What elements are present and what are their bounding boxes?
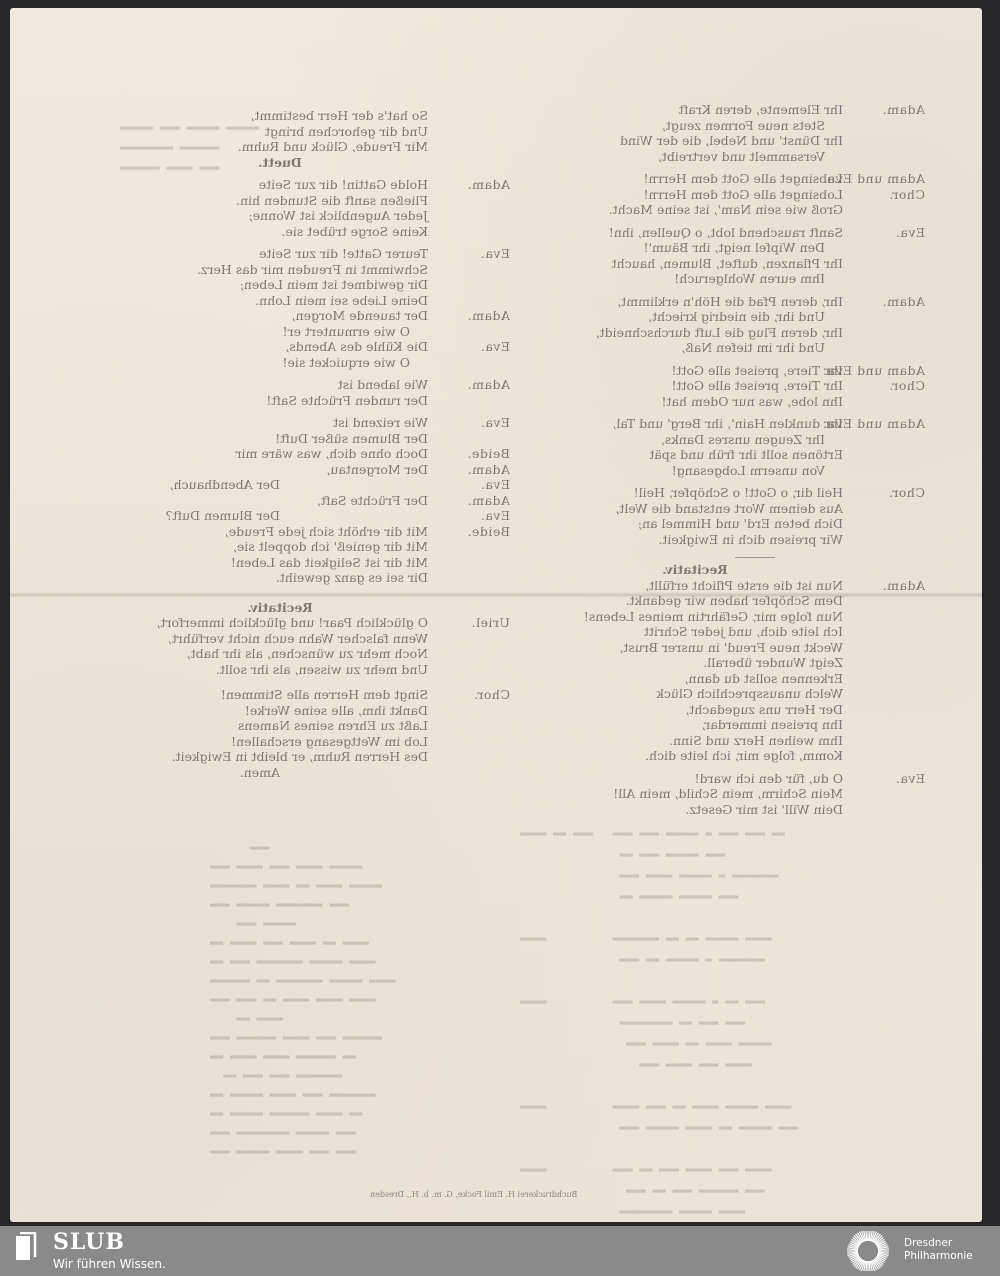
libretto-line: Ihn preisen immerdar, — [525, 717, 925, 733]
libretto-line: Ihm weihen Herz und Sinn. — [525, 733, 925, 749]
verse-text: Wir preisen dich in Ewigkeit. — [658, 532, 843, 548]
verse-text: Mir Freude, Glück und Ruhm. — [238, 139, 428, 155]
libretto-line: Der Herr uns zugedacht, — [525, 702, 925, 718]
libretto-line: Chor.Ihr Tiere, preiset alle Gott! — [525, 378, 925, 394]
verse-text: Keine Sorge trübet sie. — [282, 224, 428, 240]
verse-text: O wie erquicket sie! — [282, 355, 410, 371]
verse-text: Wie reizend ist — [333, 415, 428, 431]
verse-text: Und ihr im tiefen Naß, — [681, 340, 825, 356]
libretto-line: Mir Freude, Glück und Ruhm. — [110, 139, 510, 155]
speaker-name: Chor. — [889, 485, 925, 501]
libretto-line: Eva.O du, für den ich ward! — [525, 771, 925, 787]
libretto-line: Adam.Der tauende Morgen, — [110, 308, 510, 324]
verse-text: Aus deinem Wort entstand die Welt, — [615, 501, 843, 517]
verse-text: Teurer Gatte! dir zur Seite — [259, 246, 428, 262]
verse-text: Lob im Wettgesang erschallen! — [231, 734, 428, 750]
libretto-line: Adam und Eva.Ihr dunklen Hain', ihr Berg… — [525, 416, 925, 432]
verse-text: Groß wie sein Nam', ist seine Macht. — [609, 202, 843, 218]
libretto-line: Adam.Ihr, deren Pfad die Höh'n erklimmt, — [525, 294, 925, 310]
libretto-line: Des Herren Ruhm, er bleibt in Ewigkeit. — [110, 749, 510, 765]
libretto-line: Chor.Singt dem Herren alle Stimmen! — [110, 687, 510, 703]
speaker-name: Eva. — [480, 477, 510, 493]
verse-text: Wie labend ist — [338, 377, 428, 393]
speaker-name: Beide. — [467, 446, 510, 462]
verse-text: Von unserm Lobgesang! — [672, 463, 825, 479]
libretto-line: Beide.Mit dir erhöht sich jede Freude, — [110, 524, 510, 540]
verse-text: Stets neue Formen zeugt, — [662, 118, 825, 134]
verse-text: Jeder Augenblick ist Wonne; — [249, 208, 428, 224]
scanned-page: ▬▬▬▬▬ ▬▬▬ ▬▬▬▬▬ ▬▬▬▬▬▬▬▬▬▬▬▬▬ ▬▬▬▬▬▬▬▬▬▬… — [10, 8, 982, 1222]
verse-text: Und dir gehorchen bringt — [265, 124, 428, 140]
verse-text: Ihr Tiere, preiset alle Gott! — [671, 378, 843, 394]
verse-text: Mein Schirm, mein Schild, mein All! — [613, 786, 843, 802]
verse-text: Ertönen sollt ihr früh und spät — [649, 447, 843, 463]
verse-text: O du, für den ich ward! — [695, 771, 843, 787]
speaker-name: Adam. — [467, 462, 510, 478]
verse-text: Der tauende Morgen, — [292, 308, 428, 324]
libretto-line: Adam.Holde Gattin! dir zur Seite — [110, 177, 510, 193]
libretto-line: Und mehr zu wissen, als ihr sollt. — [110, 662, 510, 678]
verse-text: Die Kühle des Abends, — [285, 339, 428, 355]
speaker-name: Adam. — [882, 294, 925, 310]
libretto-line: Noch mehr zu wünschen, als ihr habt, — [110, 646, 510, 662]
verse-text: Nun folge mir, Gefährtin meines Lebens! — [584, 609, 843, 625]
libretto-line: Stets neue Formen zeugt, — [525, 118, 925, 134]
verse-text: Dankt ihm, alle seine Werke! — [245, 703, 428, 719]
verse-text: Nun ist die erste Pflicht erfüllt, — [645, 578, 843, 594]
verse-text: Ihr Elemente, deren Kraft — [679, 102, 843, 118]
libretto-line: O wie erquicket sie! — [110, 355, 510, 371]
verse-text: Ihr Zeugen unsres Danks, — [661, 432, 825, 448]
libretto-line: O wie ermuntert er! — [110, 324, 510, 340]
verse-text: Den Wipfel neigt, ihr Bäum'! — [644, 240, 825, 256]
footer-bar: SLUB Wir führen Wissen. Dresdner Philhar… — [0, 1226, 1000, 1276]
speaker-name: Chor. — [474, 687, 510, 703]
speaker-name: Adam. — [467, 308, 510, 324]
speaker-name: Eva. — [895, 225, 925, 241]
libretto-line: Und ihr, die niedrig kriecht, — [525, 309, 925, 325]
libretto-line: Den Wipfel neigt, ihr Bäum'! — [525, 240, 925, 256]
libretto-line: Dein Will' ist mir Gesetz. — [525, 802, 925, 818]
speaker-name: Beide. — [467, 524, 510, 540]
libretto-line: Welch unaussprechlich Glück — [525, 686, 925, 702]
libretto-line: Ertönen sollt ihr früh und spät — [525, 447, 925, 463]
speaker-name: Adam. — [467, 177, 510, 193]
verse-text: O glücklich Paar! und glücklich immerfor… — [156, 615, 428, 631]
recitative-heading: Recitativ. — [110, 600, 510, 616]
recitative-heading: Recitativ. — [525, 562, 925, 578]
libretto-line: Dich beten Erd' und Himmel an; — [525, 516, 925, 532]
speaker-name: Chor. — [889, 378, 925, 394]
libretto-line: Mein Schirm, mein Schild, mein All! — [525, 786, 925, 802]
libretto-line: Ihr Zeugen unsres Danks, — [525, 432, 925, 448]
libretto-line: Ihn lobe, was nur Odem hat! — [525, 394, 925, 410]
verse-text: Ihr, deren Flug die Luft durchschneidt, — [596, 325, 843, 341]
libretto-line: Eva.Sanft rauschend lobt, o Quellen, ihn… — [525, 225, 925, 241]
verse-text: Und mehr zu wissen, als ihr sollt. — [216, 662, 428, 678]
libretto-line: Eva.Die Kühle des Abends, — [110, 339, 510, 355]
libretto-line: Dir gewidmet ist mein Leben; — [110, 277, 510, 293]
verse-text: Dein Will' ist mir Gesetz. — [686, 802, 843, 818]
speaker-name: Adam. — [467, 377, 510, 393]
libretto-line: So hat's der Herr bestimmt, — [110, 108, 510, 124]
dresdner-philharmonie-sun-icon — [846, 1229, 890, 1273]
libretto-line: Ihr, deren Flug die Luft durchschneidt, — [525, 325, 925, 341]
libretto-line: Lob im Wettgesang erschallen! — [110, 734, 510, 750]
libretto-line: Wenn falscher Wahn euch nicht verführt, — [110, 631, 510, 647]
section-divider — [735, 557, 775, 558]
libretto-line: Chor.Lobsinget alle Gott dem Herrn! — [525, 187, 925, 203]
speaker-name: Adam. — [882, 102, 925, 118]
verse-text: Doch ohne dich, was wäre mir — [236, 446, 428, 462]
libretto-line: Deine Liebe sei mein Lohn. — [110, 293, 510, 309]
libretto-line: Der runden Früchte Saft! — [110, 393, 510, 409]
libretto-line: Adam.Der Früchte Saft, — [110, 493, 510, 509]
libretto-line: Amen. — [110, 765, 510, 781]
libretto-line: Chor.Heil dir, o Gott! o Schöpfer, Heil! — [525, 485, 925, 501]
verse-text: Der Abendhauch, — [170, 477, 280, 493]
slub-tagline: Wir führen Wissen. — [53, 1257, 166, 1271]
libretto-line: Nun folge mir, Gefährtin meines Lebens! — [525, 609, 925, 625]
libretto-line: Jeder Augenblick ist Wonne; — [110, 208, 510, 224]
verse-text: Sanft rauschend lobt, o Quellen, ihn! — [609, 225, 843, 241]
verse-text: Ihn preisen immerdar, — [702, 717, 843, 733]
libretto-line: Adam.Nun ist die erste Pflicht erfüllt, — [525, 578, 925, 594]
libretto-line: Adam.Wie labend ist — [110, 377, 510, 393]
verse-text: Dem Schöpfer haben wir gedankt. — [626, 593, 843, 609]
verse-text: Ihr, deren Pfad die Höh'n erklimmt, — [617, 294, 843, 310]
left-column-text: So hat's der Herr bestimmt,Und dir gehor… — [110, 108, 510, 780]
libretto-line: Eva.Der Blumen Duft? — [110, 508, 510, 524]
verse-text: Der Früchte Saft, — [317, 493, 428, 509]
libretto-line: Beide.Doch ohne dich, was wäre mir — [110, 446, 510, 462]
verse-text: Dir gewidmet ist mein Leben; — [240, 277, 428, 293]
libretto-line: Adam.Der Morgentau, — [110, 462, 510, 478]
verse-text: So hat's der Herr bestimmt, — [250, 108, 428, 124]
slub-title: SLUB — [53, 1229, 125, 1255]
verse-text: Mit dir ist Seligkeit das Leben! — [231, 555, 428, 571]
verse-text: O wie ermuntert er! — [283, 324, 410, 340]
verse-text: Ihm weihen Herz und Sinn. — [669, 733, 843, 749]
libretto-line: Aus deinem Wort entstand die Welt, — [525, 501, 925, 517]
verse-text: Der runden Früchte Saft! — [266, 393, 428, 409]
verse-text: Der Morgentau, — [326, 462, 428, 478]
verse-text: Und ihr, die niedrig kriecht, — [648, 309, 825, 325]
printer-imprint: Buchdruckerei H. Emil Focke, G. m. b. H.… — [370, 1190, 577, 1199]
verse-text: Der Blumen süßer Duft! — [275, 431, 428, 447]
verse-text: Versammelt und vertreibt, — [658, 149, 825, 165]
libretto-line: Keine Sorge trübet sie. — [110, 224, 510, 240]
verse-text: Ihr dunklen Hain', ihr Berg' und Tal, — [612, 416, 843, 432]
libretto-line: Uriel.O glücklich Paar! und glücklich im… — [110, 615, 510, 631]
libretto-line: Adam und Eva.Lobsinget alle Gott dem Her… — [525, 171, 925, 187]
libretto-line: Dankt ihm, alle seine Werke! — [110, 703, 510, 719]
libretto-line: Mit dir ist Seligkeit das Leben! — [110, 555, 510, 571]
verse-text: Erkennen sollst du dann, — [685, 671, 844, 687]
dresdner-philharmonie-name: Dresdner Philharmonie — [904, 1237, 973, 1263]
bleedthrough-ghost-text: ▬▬▬▬▬▬ ▬▬▬▬ ▬▬▬ ▬▬▬▬ ▬▬▬▬▬▬▬▬▬▬▬▬ ▬▬▬▬ ▬… — [210, 838, 395, 1161]
verse-text: Amen. — [240, 765, 280, 781]
verse-text: Ich leite dich, und jeder Schritt — [644, 624, 843, 640]
libretto-line: Erkennen sollst du dann, — [525, 671, 925, 687]
verse-text: Ihm euren Wohlgeruch! — [674, 271, 825, 287]
libretto-line: Und ihr im tiefen Naß, — [525, 340, 925, 356]
verse-text: Welch unaussprechlich Glück — [656, 686, 843, 702]
verse-text: Fließen sanft die Stunden hin. — [236, 193, 428, 209]
verse-text: Schwimmt in Freuden mir das Herz. — [197, 262, 428, 278]
verse-text: Komm, folge mir, ich leite dich. — [645, 748, 843, 764]
libretto-line: Wir preisen dich in Ewigkeit. — [525, 532, 925, 548]
slub-book-icon — [14, 1232, 38, 1262]
speaker-name: Adam. — [882, 578, 925, 594]
speaker-name: Eva. — [895, 771, 925, 787]
verse-text: Weckt neue Freud' in unsrer Brust, — [619, 640, 843, 656]
verse-text: Ihr Dünst' und Nebel, die der Wind — [620, 133, 843, 149]
libretto-line: Weckt neue Freud' in unsrer Brust, — [525, 640, 925, 656]
verse-text: Ihr Tiere, preiset alle Gott! — [671, 363, 843, 379]
verse-text: Mit dir genieß' ich doppelt sie, — [233, 539, 428, 555]
verse-text: Deine Liebe sei mein Lohn. — [255, 293, 428, 309]
libretto-line: Ich leite dich, und jeder Schritt — [525, 624, 925, 640]
libretto-line: Mit dir genieß' ich doppelt sie, — [110, 539, 510, 555]
verse-text: Ihr Pflanzen, duftet, Blumen, haucht — [612, 256, 843, 272]
libretto-line: Ihr Dünst' und Nebel, die der Wind — [525, 133, 925, 149]
libretto-line: Der Blumen süßer Duft! — [110, 431, 510, 447]
libretto-line: Eva.Der Abendhauch, — [110, 477, 510, 493]
speaker-name: Adam. — [467, 493, 510, 509]
libretto-line: Ihm euren Wohlgeruch! — [525, 271, 925, 287]
bleedthrough-ghost-text: ▬▬▬▬ ▬▬ ▬▬▬ ▬▬▬ ▬▬▬ ▬▬▬▬▬ ▬ ▬▬▬ ▬▬▬ ▬▬ ▬… — [520, 823, 798, 1243]
libretto-line: Von unserm Lobgesang! — [525, 463, 925, 479]
verse-text: Noch mehr zu wünschen, als ihr habt, — [187, 646, 428, 662]
libretto-line: Versammelt und vertreibt, — [525, 149, 925, 165]
verse-text: Singt dem Herren alle Stimmen! — [221, 687, 428, 703]
verse-text: Lobsinget alle Gott dem Herrn! — [643, 171, 843, 187]
libretto-line: Adam.Ihr Elemente, deren Kraft — [525, 102, 925, 118]
verse-text: Heil dir, o Gott! o Schöpfer, Heil! — [634, 485, 843, 501]
libretto-line: Ihr Pflanzen, duftet, Blumen, haucht — [525, 256, 925, 272]
libretto-line: Adam und Eva.Ihr Tiere, preiset alle Got… — [525, 363, 925, 379]
libretto-line: Duett. — [110, 155, 510, 171]
libretto-line: Dir sei es ganz geweiht. — [110, 570, 510, 586]
speaker-name: Chor. — [889, 187, 925, 203]
verse-text: Ihn lobe, was nur Odem hat! — [662, 394, 844, 410]
verse-text: Dich beten Erd' und Himmel an; — [638, 516, 843, 532]
verse-text: Der Blumen Duft? — [166, 508, 280, 524]
right-column-text: Adam.Ihr Elemente, deren KraftStets neue… — [525, 102, 925, 817]
speaker-name: Eva. — [480, 339, 510, 355]
speaker-name: Uriel. — [471, 615, 510, 631]
libretto-line: Dem Schöpfer haben wir gedankt. — [525, 593, 925, 609]
libretto-line: Laßt zu Ehren seines Namens — [110, 718, 510, 734]
verse-text: Der Herr uns zugedacht, — [685, 702, 843, 718]
libretto-line: Komm, folge mir, ich leite dich. — [525, 748, 925, 764]
verse-text: Holde Gattin! dir zur Seite — [259, 177, 428, 193]
libretto-line: Zeigt Wunder überall. — [525, 655, 925, 671]
speaker-name: Eva. — [480, 246, 510, 262]
libretto-line: Groß wie sein Nam', ist seine Macht. — [525, 202, 925, 218]
libretto-line: Eva.Wie reizend ist — [110, 415, 510, 431]
libretto-line: Schwimmt in Freuden mir das Herz. — [110, 262, 510, 278]
verse-text: Des Herren Ruhm, er bleibt in Ewigkeit. — [172, 749, 428, 765]
verse-text: Mit dir erhöht sich jede Freude, — [225, 524, 428, 540]
speaker-name: Eva. — [480, 508, 510, 524]
verse-text: Dir sei es ganz geweiht. — [276, 570, 428, 586]
libretto-line: Fließen sanft die Stunden hin. — [110, 193, 510, 209]
verse-text: Lobsinget alle Gott dem Herrn! — [643, 187, 843, 203]
verse-text: Wenn falscher Wahn euch nicht verführt, — [168, 631, 428, 647]
libretto-line: Und dir gehorchen bringt — [110, 124, 510, 140]
speaker-name: Eva. — [480, 415, 510, 431]
verse-text: Laßt zu Ehren seines Namens — [238, 718, 428, 734]
verse-text: Zeigt Wunder überall. — [703, 655, 843, 671]
libretto-line: Eva.Teurer Gatte! dir zur Seite — [110, 246, 510, 262]
